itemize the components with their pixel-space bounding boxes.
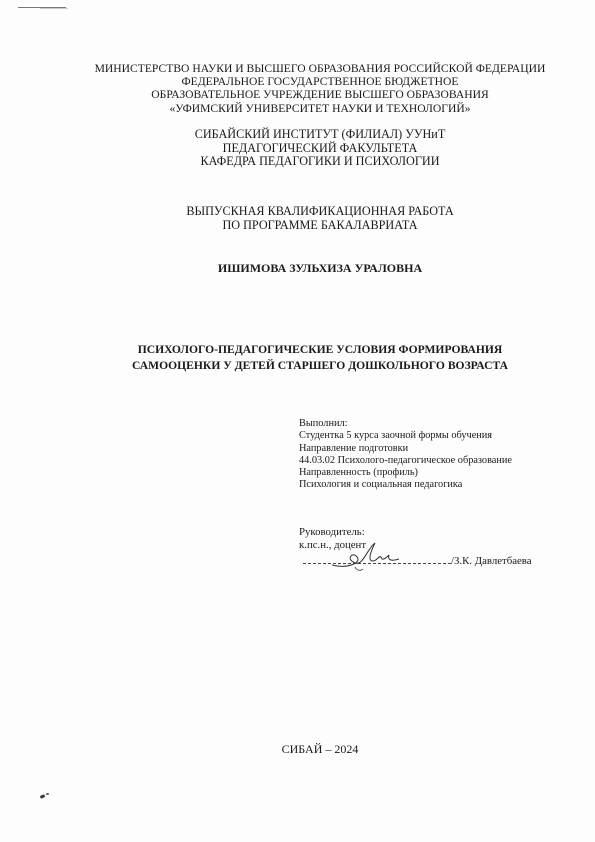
institute-line: КАФЕДРА ПЕДАГОГИКИ И ПСИХОЛОГИИ bbox=[0, 155, 595, 169]
author-name: ИШИМОВА ЗУЛЬХИЗА УРАЛОВНА bbox=[0, 262, 595, 275]
ministry-header: МИНИСТЕРСТВО НАУКИ И ВЫСШЕГО ОБРАЗОВАНИЯ… bbox=[0, 62, 595, 115]
scan-artifact bbox=[46, 793, 49, 795]
performed-by-line: Направление подготовки bbox=[299, 443, 512, 455]
performed-by-line: Психология и социальная педагогика bbox=[299, 479, 512, 491]
ministry-line: «УФИМСКИЙ УНИВЕРСИТЕТ НАУКИ И ТЕХНОЛОГИЙ… bbox=[0, 102, 595, 115]
scan-artifact bbox=[40, 794, 46, 799]
work-type-line: ПО ПРОГРАММЕ БАКАЛАВРИАТА bbox=[0, 219, 595, 233]
city-year: СИБАЙ – 2024 bbox=[0, 743, 595, 756]
ministry-line: ОБРАЗОВАТЕЛЬНОЕ УЧРЕЖДЕНИЕ ВЫСШЕГО ОБРАЗ… bbox=[0, 88, 595, 101]
supervisor-label: Руководитель: bbox=[299, 526, 366, 539]
performed-by-line: Выполнил: bbox=[299, 418, 512, 430]
institute-line: ПЕДАГОГИЧЕСКИЙ ФАКУЛЬТЕТА bbox=[0, 142, 595, 156]
supervisor-name: /З.К. Давлетбаева bbox=[451, 555, 532, 567]
performed-by-line: 44.03.02 Психолого-педагогическое образо… bbox=[299, 455, 512, 467]
work-type-line: ВЫПУСКНАЯ КВАЛИФИКАЦИОННАЯ РАБОТА bbox=[0, 205, 595, 219]
scan-artifact bbox=[40, 8, 68, 9]
ministry-line: ФЕДЕРАЛЬНОЕ ГОСУДАРСТВЕННОЕ БЮДЖЕТНОЕ bbox=[0, 75, 595, 88]
signature-icon bbox=[327, 539, 417, 573]
performed-by-line: Направленность (профиль) bbox=[299, 467, 512, 479]
performed-by-block: Выполнил: Студентка 5 курса заочной форм… bbox=[299, 418, 512, 492]
ministry-line: МИНИСТЕРСТВО НАУКИ И ВЫСШЕГО ОБРАЗОВАНИЯ… bbox=[0, 62, 595, 75]
title-line: САМООЦЕНКИ У ДЕТЕЙ СТАРШЕГО ДОШКОЛЬНОГО … bbox=[0, 358, 595, 374]
author-name-text: ИШИМОВА ЗУЛЬХИЗА УРАЛОВНА bbox=[0, 262, 595, 275]
title-line: ПСИХОЛОГО-ПЕДАГОГИЧЕСКИЕ УСЛОВИЯ ФОРМИРО… bbox=[0, 342, 595, 358]
document-page: МИНИСТЕРСТВО НАУКИ И ВЫСШЕГО ОБРАЗОВАНИЯ… bbox=[0, 0, 595, 842]
performed-by-line: Студентка 5 курса заочной формы обучения bbox=[299, 430, 512, 442]
work-type: ВЫПУСКНАЯ КВАЛИФИКАЦИОННАЯ РАБОТА ПО ПРО… bbox=[0, 205, 595, 232]
thesis-title: ПСИХОЛОГО-ПЕДАГОГИЧЕСКИЕ УСЛОВИЯ ФОРМИРО… bbox=[0, 342, 595, 373]
signature-row: /З.К. Давлетбаева bbox=[299, 549, 539, 571]
institute-header: СИБАЙСКИЙ ИНСТИТУТ (ФИЛИАЛ) УУНиТ ПЕДАГО… bbox=[0, 128, 595, 169]
city-year-text: СИБАЙ – 2024 bbox=[0, 743, 595, 756]
institute-line: СИБАЙСКИЙ ИНСТИТУТ (ФИЛИАЛ) УУНиТ bbox=[0, 128, 595, 142]
